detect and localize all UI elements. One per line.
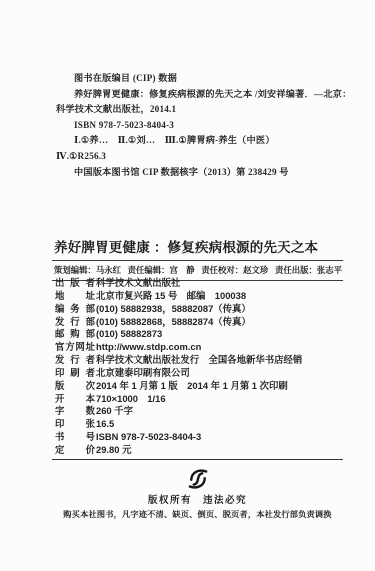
info-label: 书号 [55, 431, 95, 444]
info-label: 地址 [55, 290, 95, 303]
info-value: 16.5 [96, 418, 347, 431]
info-row-edition: 版次 2014 年 1 月第 1 版 2014 年 1 月第 1 次印刷 [55, 380, 347, 393]
cip-class-number-line: Ⅳ.①R256.3 [56, 149, 355, 165]
info-row-address: 地址 北京市复兴路 15 号 邮编 100038 [55, 290, 347, 303]
info-value: (010) 58882873 [96, 328, 347, 341]
credit-responsible-editor: 责任编辑：宫 静 [128, 264, 195, 276]
info-label: 字数 [55, 405, 95, 418]
info-value: 北京市复兴路 15 号 邮编 100038 [96, 290, 347, 303]
cip-record-number-line: 中国版本图书馆 CIP 数据核字（2013）第 238429 号 [56, 165, 355, 181]
info-value: 2014 年 1 月第 1 版 2014 年 1 月第 1 次印刷 [96, 380, 347, 393]
info-value: 科学技术文献出版社 [96, 277, 347, 290]
info-row-isbn: 书号 ISBN 978-7-5023-8404-3 [55, 431, 347, 444]
credit-planning-editor: 策划编辑：马永红 [54, 264, 121, 276]
publisher-swirl-logo-icon [185, 467, 211, 491]
cip-data-block: 图书在版编目 (CIP) 数据 养好脾胃更健康：修复疾病根源的先天之本 /刘安祥… [56, 71, 355, 180]
cip-heading: 图书在版编目 (CIP) 数据 [56, 71, 355, 87]
info-label: 印刷者 [55, 367, 95, 380]
info-value: (010) 58882868，58882874（传真） [96, 316, 347, 329]
book-title: 养好脾胃更健康 ：修复疾病根源的先天之本 [54, 236, 343, 256]
info-label: 发行者 [55, 354, 95, 367]
info-label: 发行部 [55, 316, 95, 329]
copyright-notice: 版权所有 违法必究 [52, 492, 343, 506]
info-row-format: 开本 710×1000 1/16 [55, 393, 347, 406]
info-row-website: 官方网址 http://www.stdp.com.cn [55, 341, 347, 354]
cip-title-line: 养好脾胃更健康：修复疾病根源的先天之本 /刘安祥编著．—北京： [56, 87, 355, 103]
info-row-sheets: 印张 16.5 [55, 418, 347, 431]
info-label: 编务部 [55, 303, 95, 316]
cip-classification-line: Ⅰ.①养… Ⅱ.①刘… Ⅲ.①脾胃病-养生（中医） [56, 133, 355, 149]
publication-info-block: 出版者 科学技术文献出版社 地址 北京市复兴路 15 号 邮编 100038 编… [55, 277, 347, 457]
credit-proofreader: 责任校对：赵文珍 [201, 264, 268, 276]
info-value: 29.80 元 [96, 444, 347, 457]
info-label: 邮购部 [55, 328, 95, 341]
cip-publisher-line: 科学技术文献出版社，2014.1 [56, 102, 355, 118]
info-value: 260 千字 [96, 405, 347, 418]
info-label: 版次 [55, 380, 95, 393]
info-label: 开本 [55, 393, 95, 406]
title-section: 养好脾胃更健康 ：修复疾病根源的先天之本 策划编辑：马永红 责任编辑：宫 静 责… [52, 236, 343, 281]
info-row-editorial-dept: 编务部 (010) 58882938，58882087（传真） [55, 303, 347, 316]
info-row-publisher: 出版者 科学技术文献出版社 [55, 277, 347, 290]
info-row-distributor: 发行者 科学技术文献出版社发行 全国各地新华书店经销 [55, 354, 347, 367]
info-row-mail-order-dept: 邮购部 (010) 58882873 [55, 328, 347, 341]
info-row-price: 定价 29.80 元 [55, 444, 347, 457]
info-row-word-count: 字数 260 千字 [55, 405, 347, 418]
info-value: 科学技术文献出版社发行 全国各地新华书店经销 [96, 354, 347, 367]
info-value: ISBN 978-7-5023-8404-3 [96, 431, 347, 444]
info-row-distribution-dept: 发行部 (010) 58882868，58882874（传真） [55, 316, 347, 329]
info-label: 定价 [55, 444, 95, 457]
credit-publishing-editor: 责任出版：张志平 [275, 264, 342, 276]
info-value: 北京建泰印刷有限公司 [96, 367, 347, 380]
copyright-footer: 版权所有 违法必究 购买本社图书，凡字迹不清、缺页、倒页、脱页者，本社发行部负责… [52, 459, 343, 520]
info-row-printer: 印刷者 北京建泰印刷有限公司 [55, 367, 347, 380]
info-value: 710×1000 1/16 [96, 393, 347, 406]
info-value: (010) 58882938，58882087（传真） [96, 303, 347, 316]
info-label: 出版者 [55, 277, 95, 290]
website-url: http://www.stdp.com.cn [96, 341, 347, 354]
exchange-notice: 购买本社图书，凡字迹不清、缺页、倒页、脱页者，本社发行部负责调换 [52, 509, 343, 520]
cip-isbn-line: ISBN 978-7-5023-8404-3 [56, 118, 355, 134]
book-copyright-page: 图书在版编目 (CIP) 数据 养好脾胃更健康：修复疾病根源的先天之本 /刘安祥… [0, 0, 375, 571]
info-label: 官方网址 [55, 341, 95, 354]
info-label: 印张 [55, 418, 95, 431]
